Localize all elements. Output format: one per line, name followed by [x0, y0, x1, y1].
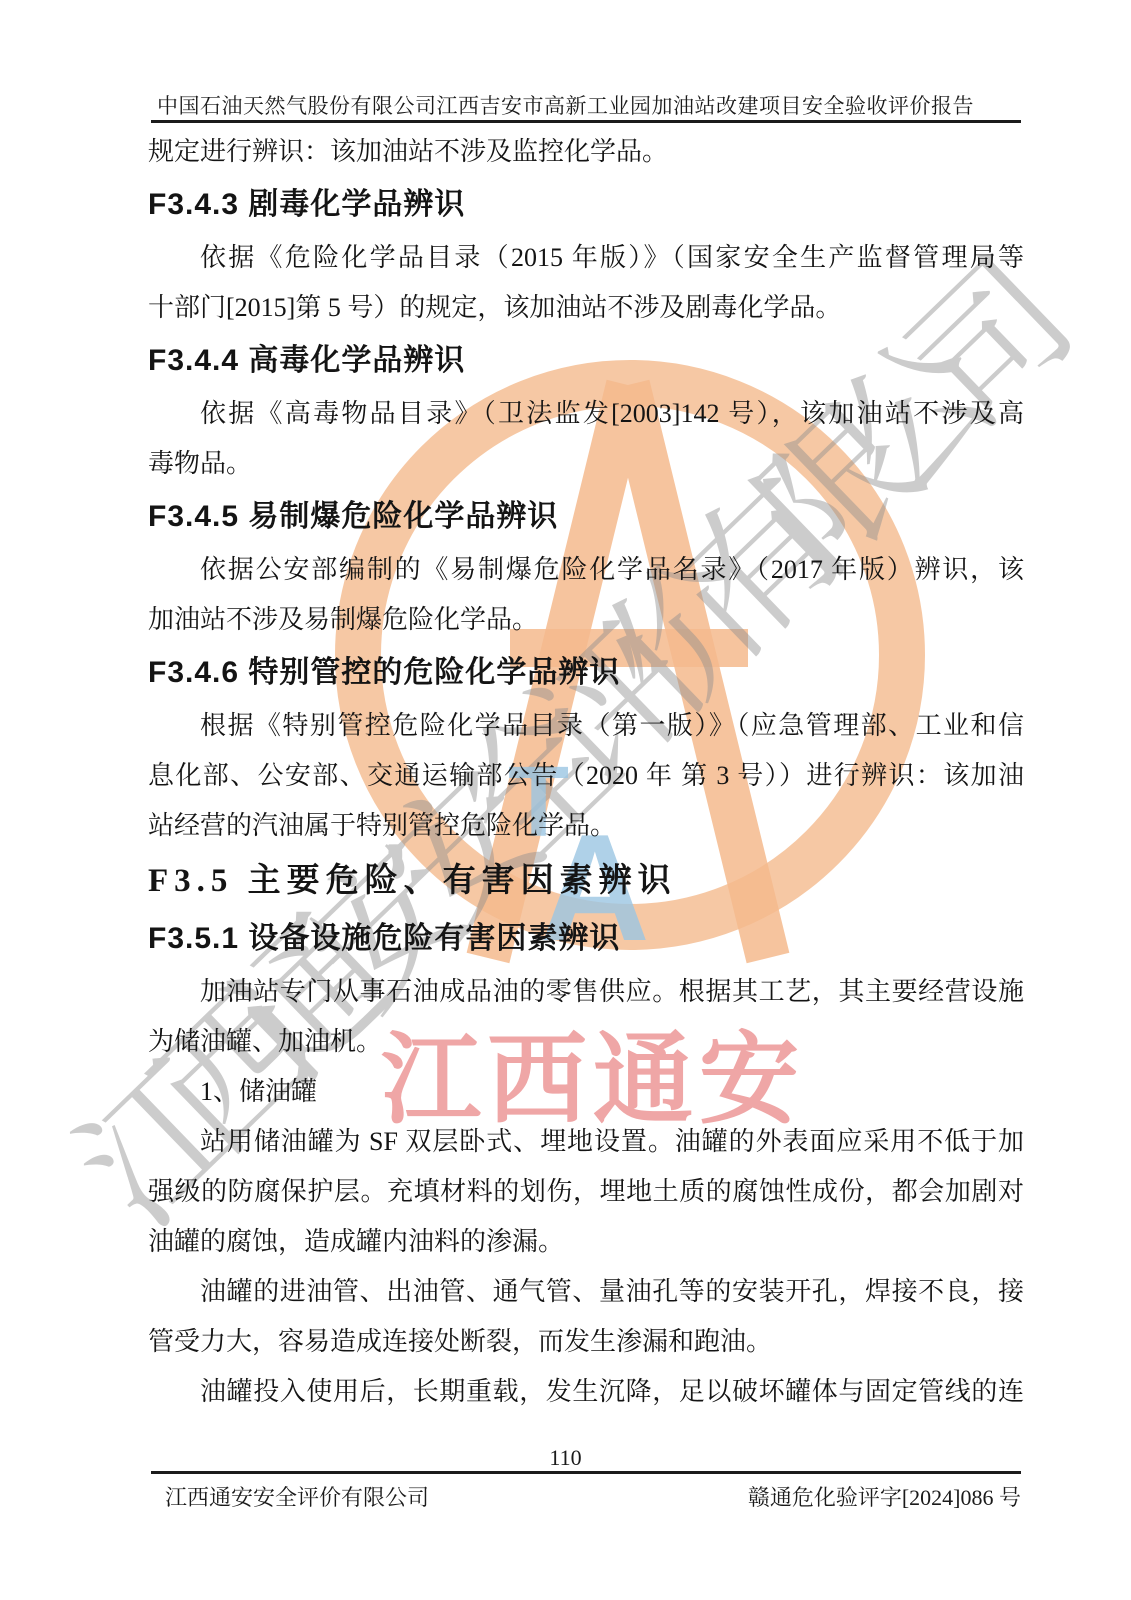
- text-line: 油罐的进油管、出油管、通气管、量油孔等的安装开孔，焊接不良，接: [148, 1267, 1024, 1317]
- text-line: 十部门[2015]第 5 号）的规定，该加油站不涉及剧毒化学品。: [148, 283, 1024, 333]
- footer-doc-number: 赣通危化验评字[2024]086 号: [748, 1481, 1021, 1512]
- text-line: 规定进行辨识：该加油站不涉及监控化学品。: [148, 127, 1024, 177]
- text-line: 强级的防腐保护层。充填材料的划伤，埋地土质的腐蚀性成份，都会加剧对: [148, 1167, 1024, 1217]
- section-heading: F3.4.4 高毒化学品辨识: [148, 333, 1024, 389]
- text-line: 加油站不涉及易制爆危险化学品。: [148, 595, 1024, 645]
- document-body: 规定进行辨识：该加油站不涉及监控化学品。F3.4.3 剧毒化学品辨识依据《危险化…: [148, 127, 1024, 1417]
- text-line: 油罐投入使用后，长期重载，发生沉降，足以破坏罐体与固定管线的连: [148, 1367, 1024, 1417]
- text-line: 依据《危险化学品目录（2015 年版）》（国家安全生产监督管理局等: [148, 233, 1024, 283]
- section-heading: F3.5.1 设备设施危险有害因素辨识: [148, 911, 1024, 967]
- text-line: 油罐的腐蚀，造成罐内油料的渗漏。: [148, 1217, 1024, 1267]
- text-line: 息化部、公安部、交通运输部公告（2020 年 第 3 号））进行辨识：该加油: [148, 751, 1024, 801]
- text-line: 加油站专门从事石油成品油的零售供应。根据其工艺，其主要经营设施: [148, 967, 1024, 1017]
- header-divider: [151, 120, 1021, 123]
- text-line: 毒物品。: [148, 439, 1024, 489]
- text-line: 站经营的汽油属于特别管控危险化学品。: [148, 801, 1024, 851]
- section-heading: F3.4.3 剧毒化学品辨识: [148, 177, 1024, 233]
- footer-company: 江西通安安全评价有限公司: [165, 1481, 429, 1512]
- page-number: 110: [0, 1445, 1131, 1471]
- text-line: 为储油罐、加油机。: [148, 1017, 1024, 1067]
- text-line: 站用储油罐为 SF 双层卧式、埋地设置。油罐的外表面应采用不低于加: [148, 1117, 1024, 1167]
- footer-divider: [151, 1471, 1021, 1474]
- section-heading: F3.4.5 易制爆危险化学品辨识: [148, 489, 1024, 545]
- text-line: 1、储油罐: [148, 1067, 1024, 1117]
- text-line: 根据《特别管控危险化学品目录（第一版）》（应急管理部、工业和信: [148, 701, 1024, 751]
- section-heading: F3.5 主要危险、有害因素辨识: [148, 851, 1024, 911]
- document-header-title: 中国石油天然气股份有限公司江西吉安市高新工业园加油站改建项目安全验收评价报告: [0, 90, 1131, 120]
- text-line: 依据公安部编制的《易制爆危险化学品名录》（2017 年版）辨识，该: [148, 545, 1024, 595]
- section-heading: F3.4.6 特别管控的危险化学品辨识: [148, 645, 1024, 701]
- report-page: 江西通安安全评价有限公司 T A 江西通安 中国石油天然气股份有限公司江西吉安市…: [0, 0, 1131, 1600]
- text-line: 依据《高毒物品目录》（卫法监发[2003]142 号），该加油站不涉及高: [148, 389, 1024, 439]
- text-line: 管受力大，容易造成连接处断裂，而发生渗漏和跑油。: [148, 1317, 1024, 1367]
